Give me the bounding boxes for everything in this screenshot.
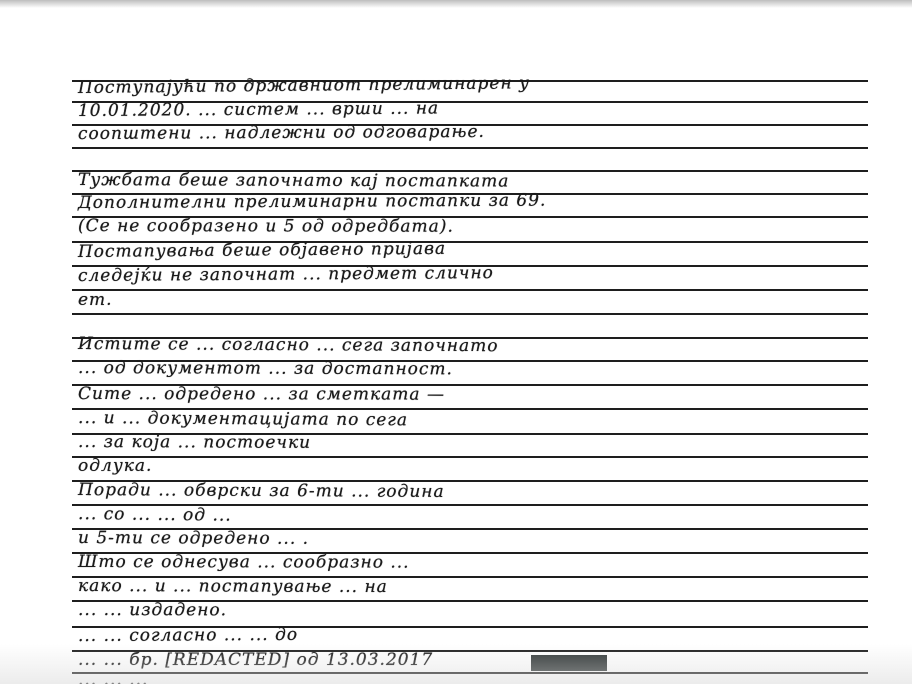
handwritten-line: ... ... ... (78, 670, 878, 684)
handwritten-line: Поступајући по државниот прелиминарен у (78, 70, 878, 98)
handwritten-line: Што се однесува ... сообразно ... (78, 552, 878, 573)
handwritten-line: соопштени ... надлежни од одговарање. (78, 120, 878, 144)
handwritten-line: ... од документот ... за достапност. (78, 358, 878, 381)
handwritten-line: Дополнителни прелиминарни постапки за 69… (78, 189, 878, 213)
handwritten-line: Постапувања беше објавено пријава (78, 235, 878, 262)
handwritten-line: ... и ... документацијата по сега (78, 408, 878, 434)
handwritten-line: одлука. (78, 456, 878, 476)
handwritten-line: како ... и ... постапување ... на (78, 576, 878, 599)
ruled-line (72, 313, 868, 315)
handwritten-line: ... за која ... постоечки (78, 432, 878, 455)
handwritten-line: Сите ... одредено ... за сметката — (78, 384, 878, 405)
handwritten-line: Поради ... обврски за 6-ти ... година (78, 480, 878, 504)
handwritten-line: ет. (78, 290, 878, 310)
handwritten-line: ... ... согласно ... ... до (78, 622, 878, 646)
handwritten-page: Поступајући по државниот прелиминарен у1… (0, 0, 912, 684)
handwritten-line: следејќи не започнат ... предмет слично (78, 260, 878, 286)
handwritten-line: ... ... издадено. (78, 600, 878, 621)
handwritten-line: (Се не сообразено и 5 од одредбата). (78, 216, 878, 237)
handwritten-line: Истите се ... согласно ... сега започнат… (78, 334, 878, 358)
handwritten-line: и 5-ти се одредено ... . (78, 528, 878, 551)
ruled-line (72, 147, 868, 149)
handwritten-line: ... ... бр. [REDACTED] од 13.03.2017 (78, 650, 878, 670)
handwritten-line: 10.01.2020. ... систем ... врши ... на (78, 95, 878, 121)
redaction-box (531, 655, 607, 671)
